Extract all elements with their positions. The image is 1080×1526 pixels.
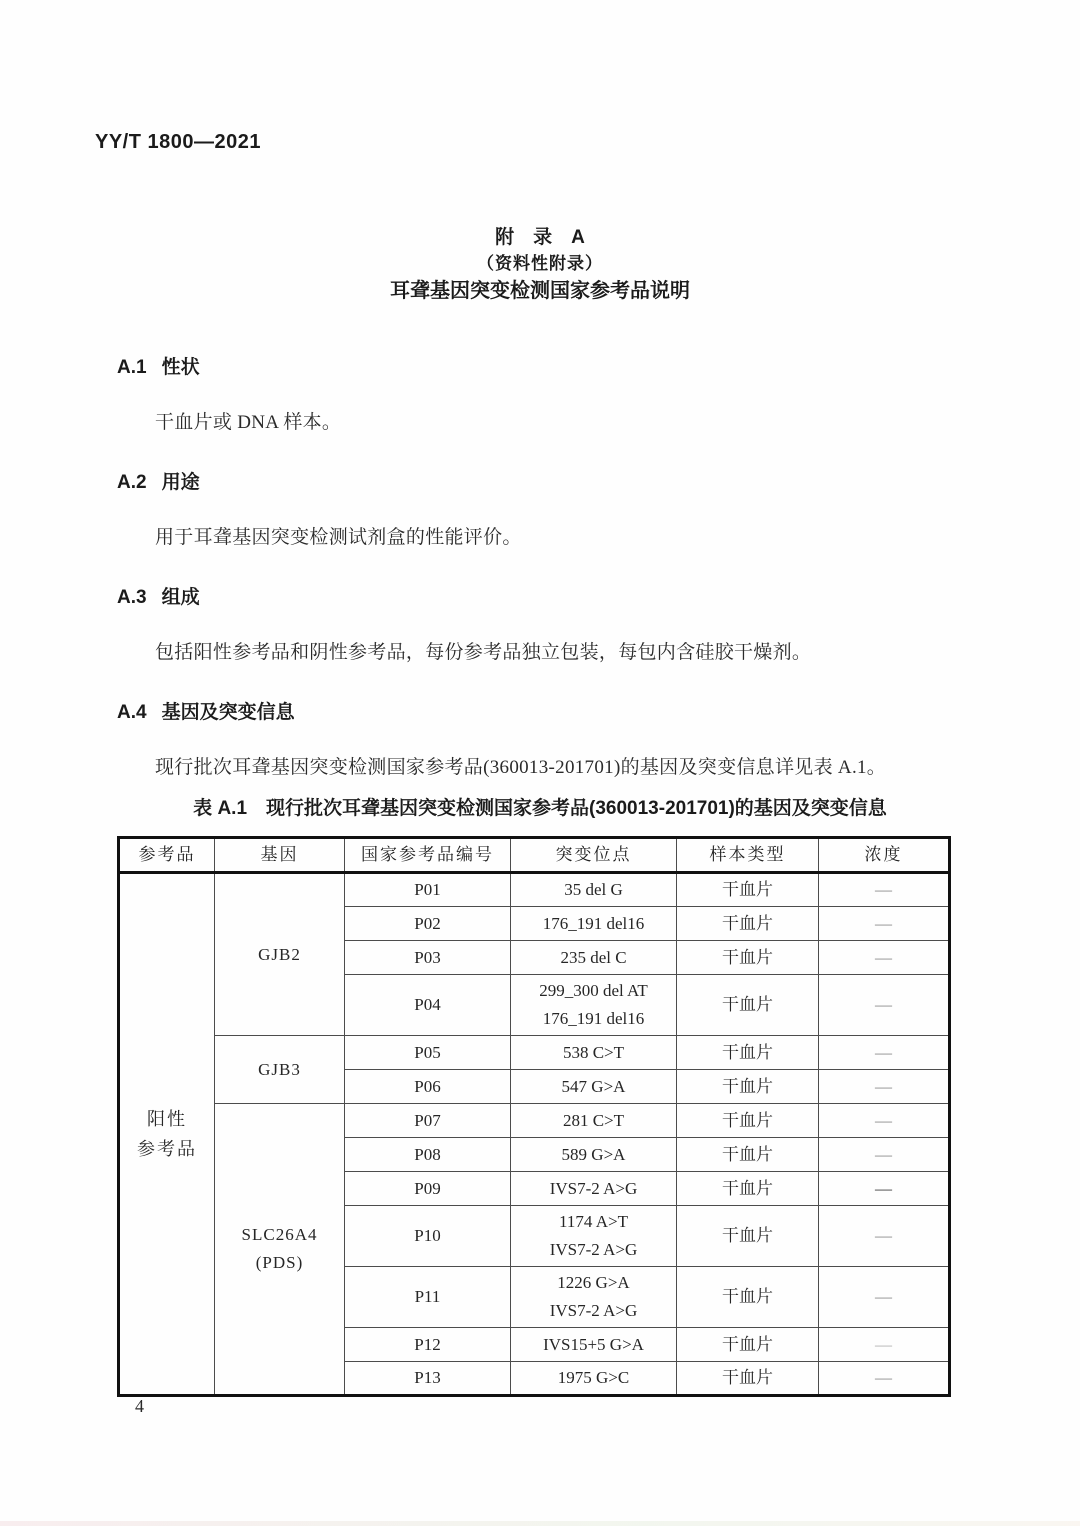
mutation-site-cell: 538 C>T	[511, 1036, 677, 1070]
concentration-cell: —	[819, 1036, 950, 1070]
table-caption: 表 A.1 现行批次耳聋基因突变检测国家参考品(360013-201701)的基…	[0, 793, 1080, 820]
reference-materials-table: 参考品 基因 国家参考品编号 突变位点 样本类型 浓度 阳性参考品GJB2P01…	[117, 836, 951, 1397]
section-number: A.2	[117, 472, 147, 493]
section-heading: A.1性状	[117, 352, 200, 379]
sample-type-cell: 干血片	[677, 975, 819, 1036]
sample-type-cell: 干血片	[677, 907, 819, 941]
concentration-cell: —	[819, 1206, 950, 1267]
concentration-cell: —	[819, 1267, 950, 1328]
section-paragraph: 包括阳性参考品和阴性参考品，每份参考品独立包装，每包内含硅胶干燥剂。	[155, 637, 811, 664]
table-header-row: 参考品 基因 国家参考品编号 突变位点 样本类型 浓度	[119, 838, 950, 873]
appendix-name: 耳聋基因突变检测国家参考品说明	[0, 274, 1080, 303]
section-heading: A.2用途	[117, 467, 200, 494]
section-number: A.1	[117, 357, 147, 378]
mutation-site-cell: 1226 G>AIVS7-2 A>G	[511, 1267, 677, 1328]
sample-type-cell: 干血片	[677, 1138, 819, 1172]
sample-type-cell: 干血片	[677, 1036, 819, 1070]
reference-id-cell: P12	[345, 1328, 511, 1362]
sample-type-cell: 干血片	[677, 1172, 819, 1206]
mutation-site-cell: 589 G>A	[511, 1138, 677, 1172]
document-page: YY/T 1800—2021 附 录 A （资料性附录） 耳聋基因突变检测国家参…	[0, 0, 1080, 1526]
section-heading: A.3组成	[117, 582, 200, 609]
table-row: SLC26A4(PDS)P07281 C>T干血片—	[119, 1104, 950, 1138]
concentration-cell: —	[819, 907, 950, 941]
mutation-site-cell: 281 C>T	[511, 1104, 677, 1138]
header-sample-type: 样本类型	[677, 838, 819, 873]
table-header: 参考品 基因 国家参考品编号 突变位点 样本类型 浓度	[119, 838, 950, 873]
page-number: 4	[135, 1396, 144, 1417]
sample-type-cell: 干血片	[677, 1070, 819, 1104]
appendix-title: 附 录 A	[0, 222, 1080, 249]
header-concentration: 浓度	[819, 838, 950, 873]
section-number: A.3	[117, 587, 147, 608]
section-title: 用途	[162, 472, 200, 493]
concentration-cell: —	[819, 1328, 950, 1362]
table-row: GJB3P05538 C>T干血片—	[119, 1036, 950, 1070]
sample-type-cell: 干血片	[677, 1206, 819, 1267]
concentration-cell: —	[819, 941, 950, 975]
concentration-cell: —	[819, 873, 950, 907]
gene-cell: GJB3	[215, 1036, 345, 1104]
section-paragraph: 现行批次耳聋基因突变检测国家参考品(360013-201701)的基因及突变信息…	[155, 752, 886, 779]
sample-type-cell: 干血片	[677, 1104, 819, 1138]
reference-id-cell: P13	[345, 1362, 511, 1396]
section-number: A.4	[117, 702, 147, 723]
header-reference-id: 国家参考品编号	[345, 838, 511, 873]
mutation-site-cell: 299_300 del AT176_191 del16	[511, 975, 677, 1036]
gene-cell: SLC26A4(PDS)	[215, 1104, 345, 1396]
reference-id-cell: P09	[345, 1172, 511, 1206]
reference-id-cell: P06	[345, 1070, 511, 1104]
mutation-site-cell: 35 del G	[511, 873, 677, 907]
section-title: 基因及突变信息	[162, 702, 295, 723]
sample-type-cell: 干血片	[677, 941, 819, 975]
header-mutation-site: 突变位点	[511, 838, 677, 873]
concentration-cell: —	[819, 1138, 950, 1172]
reference-id-cell: P05	[345, 1036, 511, 1070]
mutation-site-cell: 176_191 del16	[511, 907, 677, 941]
reference-id-cell: P02	[345, 907, 511, 941]
reference-id-cell: P01	[345, 873, 511, 907]
mutation-site-cell: 1975 G>C	[511, 1362, 677, 1396]
mutation-site-cell: 1174 A>TIVS7-2 A>G	[511, 1206, 677, 1267]
concentration-cell: —	[819, 1070, 950, 1104]
reference-id-cell: P07	[345, 1104, 511, 1138]
section-paragraph: 干血片或 DNA 样本。	[155, 407, 341, 434]
header-gene: 基因	[215, 838, 345, 873]
reference-type-cell: 阳性参考品	[119, 873, 215, 1396]
reference-id-cell: P04	[345, 975, 511, 1036]
section-title: 性状	[162, 357, 200, 378]
header-reference-type: 参考品	[119, 838, 215, 873]
sample-type-cell: 干血片	[677, 873, 819, 907]
mutation-site-cell: IVS7-2 A>G	[511, 1172, 677, 1206]
appendix-subtitle: （资料性附录）	[0, 249, 1080, 274]
table-row: 阳性参考品GJB2P0135 del G干血片—	[119, 873, 950, 907]
concentration-cell: —	[819, 1172, 950, 1206]
concentration-cell: —	[819, 975, 950, 1036]
table-body: 阳性参考品GJB2P0135 del G干血片—P02176_191 del16…	[119, 873, 950, 1396]
reference-id-cell: P03	[345, 941, 511, 975]
sample-type-cell: 干血片	[677, 1328, 819, 1362]
mutation-site-cell: 235 del C	[511, 941, 677, 975]
gene-cell: GJB2	[215, 873, 345, 1036]
mutation-site-cell: 547 G>A	[511, 1070, 677, 1104]
standard-number: YY/T 1800—2021	[95, 131, 261, 154]
reference-id-cell: P08	[345, 1138, 511, 1172]
section-heading: A.4基因及突变信息	[117, 697, 295, 724]
reference-id-cell: P10	[345, 1206, 511, 1267]
sample-type-cell: 干血片	[677, 1267, 819, 1328]
section-title: 组成	[162, 587, 200, 608]
concentration-cell: —	[819, 1362, 950, 1396]
mutation-site-cell: IVS15+5 G>A	[511, 1328, 677, 1362]
concentration-cell: —	[819, 1104, 950, 1138]
scan-artifact-edge	[0, 1521, 1080, 1526]
section-paragraph: 用于耳聋基因突变检测试剂盒的性能评价。	[155, 522, 522, 549]
sample-type-cell: 干血片	[677, 1362, 819, 1396]
reference-id-cell: P11	[345, 1267, 511, 1328]
